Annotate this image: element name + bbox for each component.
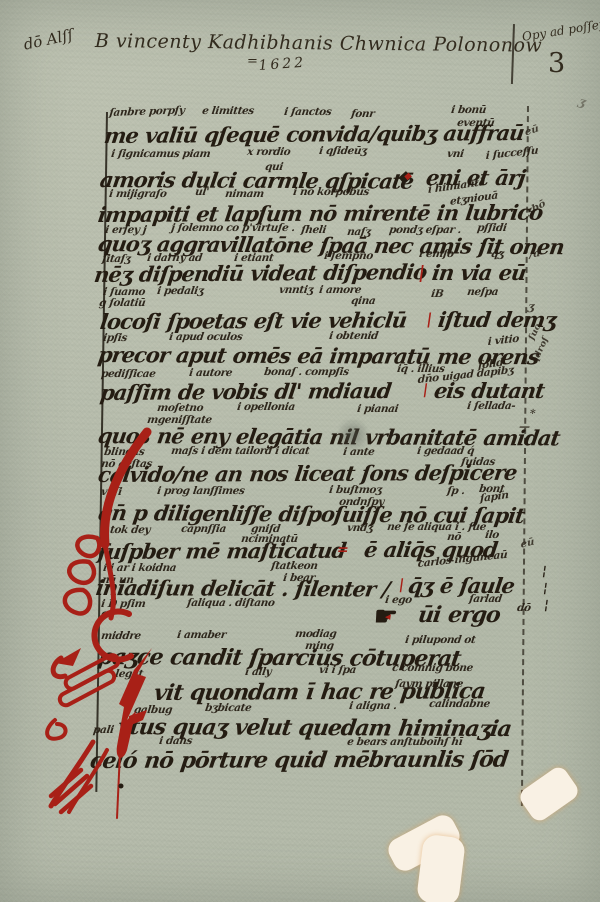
- rubric-mark: ◆: [403, 171, 412, 182]
- rubric-mark: |: [398, 577, 405, 593]
- interlinear-gloss: ne ſe aliquā i . ſue: [386, 521, 487, 533]
- interlinear-gloss: vndʒ: [346, 522, 373, 534]
- rubric-mark: =: [336, 542, 350, 558]
- interlinear-gloss: i pedaliʒ: [156, 285, 204, 297]
- interlinear-gloss: ſanbre porpſy: [109, 104, 185, 119]
- interlinear-gloss: nimam: [224, 188, 264, 200]
- interlinear-gloss: x rordio: [246, 146, 291, 158]
- interlinear-gloss: i ſignicamus piam: [110, 148, 211, 160]
- interlinear-gloss: i autore: [188, 367, 233, 379]
- margin-note: —: [518, 420, 531, 433]
- interlinear-gloss: fonr: [350, 108, 375, 120]
- header-title: B vincenty Kadhibhanis Chwnica Polononow: [95, 30, 543, 57]
- interlinear-gloss: calindabne: [428, 698, 490, 710]
- interlinear-gloss: i ſucceſſu: [486, 145, 539, 162]
- interlinear-gloss: i ſanctos: [283, 106, 332, 118]
- interlinear-gloss: e limittes: [201, 105, 254, 117]
- interlinear-gloss: i pilupond ot: [404, 634, 476, 646]
- interlinear-gloss: ſaliqua . diſtano: [186, 597, 275, 609]
- interlinear-gloss: g ſolatiū: [98, 297, 146, 309]
- red-initial-flourish: [25, 420, 175, 820]
- header-right-note: Opy ad poſſeſſ: [521, 16, 600, 43]
- paper-stain: [338, 416, 368, 454]
- interlinear-gloss: q̄ʒ: [490, 248, 504, 260]
- header-date: 1622: [258, 55, 307, 74]
- interlinear-gloss: neſpa: [466, 286, 499, 298]
- interlinear-gloss: ſtatkeon: [270, 560, 318, 572]
- interlinear-gloss: c comnig bone: [391, 662, 473, 674]
- margin-note: ∕a: [529, 246, 541, 261]
- interlinear-gloss: i mijigraſo: [108, 188, 167, 200]
- interlinear-gloss: vi i ſpā: [318, 664, 357, 676]
- rubric-mark: |: [425, 310, 433, 328]
- interlinear-gloss: bʒbicate: [204, 702, 252, 714]
- text-line: ūi ergo: [416, 602, 501, 628]
- header-title-underline: =: [247, 54, 258, 69]
- margin-note: ⁎: [529, 404, 537, 417]
- interlinear-gloss: i buſtmoʒ: [328, 484, 382, 496]
- interlinear-gloss: maſs i dem tailord i dicat: [170, 445, 310, 457]
- interlinear-gloss: dō: [516, 602, 531, 614]
- whiteout-patch: [517, 764, 582, 824]
- interlinear-gloss: capnſſia: [180, 523, 226, 535]
- whiteout-patch: [416, 834, 466, 902]
- ink-mark: ¦: [541, 564, 548, 579]
- margin-note: ʒ: [576, 94, 588, 109]
- interlinear-gloss: modiag: [294, 628, 337, 640]
- margin-note: eū: [520, 536, 535, 550]
- interlinear-gloss: ſp .: [446, 485, 465, 497]
- interlinear-gloss: i qſideūʒ: [318, 145, 367, 157]
- interlinear-gloss: bonaſ . compſis: [263, 366, 349, 378]
- header-left-note: dō Alſſ: [22, 26, 75, 54]
- interlinear-gloss: vni: [446, 148, 464, 160]
- ink-mark: ¦: [543, 598, 550, 613]
- interlinear-gloss: pediſſicae: [100, 368, 156, 380]
- interlinear-gloss: i ſellada-: [466, 400, 516, 412]
- interlinear-gloss: i amaber: [176, 629, 226, 641]
- ink-mark: ¦: [542, 581, 549, 596]
- interlinear-gloss: i opellonia: [236, 401, 295, 413]
- interlinear-gloss: i obtenid: [328, 330, 379, 342]
- interlinear-gloss: i nō korpobus: [292, 186, 369, 198]
- interlinear-gloss: pſſidi: [476, 222, 507, 234]
- interlinear-gloss: iB: [430, 288, 444, 300]
- rubric-mark: ◂: [384, 610, 391, 623]
- ink-blot: [119, 784, 124, 789]
- interlinear-gloss: ul': [194, 186, 209, 198]
- interlinear-gloss: qina: [350, 295, 376, 307]
- interlinear-gloss: i apud oculos: [168, 331, 243, 343]
- manuscript-page: dō Alſſ B vincenty Kadhibhanis Chwnica P…: [0, 0, 600, 902]
- interlinear-gloss: moſetno: [156, 402, 204, 414]
- interlinear-gloss: i bonū: [450, 104, 487, 116]
- interlinear-gloss: vnntiʒ: [278, 284, 313, 296]
- interlinear-gloss: i ally: [244, 666, 272, 678]
- interlinear-gloss: i aligna .: [348, 700, 397, 712]
- page-number: 3: [548, 48, 565, 79]
- text-line: me valiū qſequē convida/quibʒ auffraū: [103, 120, 526, 148]
- rubric-mark: |: [422, 382, 429, 398]
- text-line: nēʒ diſpendiū videat diſpendio: [93, 259, 428, 287]
- interlinear-gloss: i pianai: [356, 403, 399, 415]
- text-line: in via eū: [430, 260, 527, 285]
